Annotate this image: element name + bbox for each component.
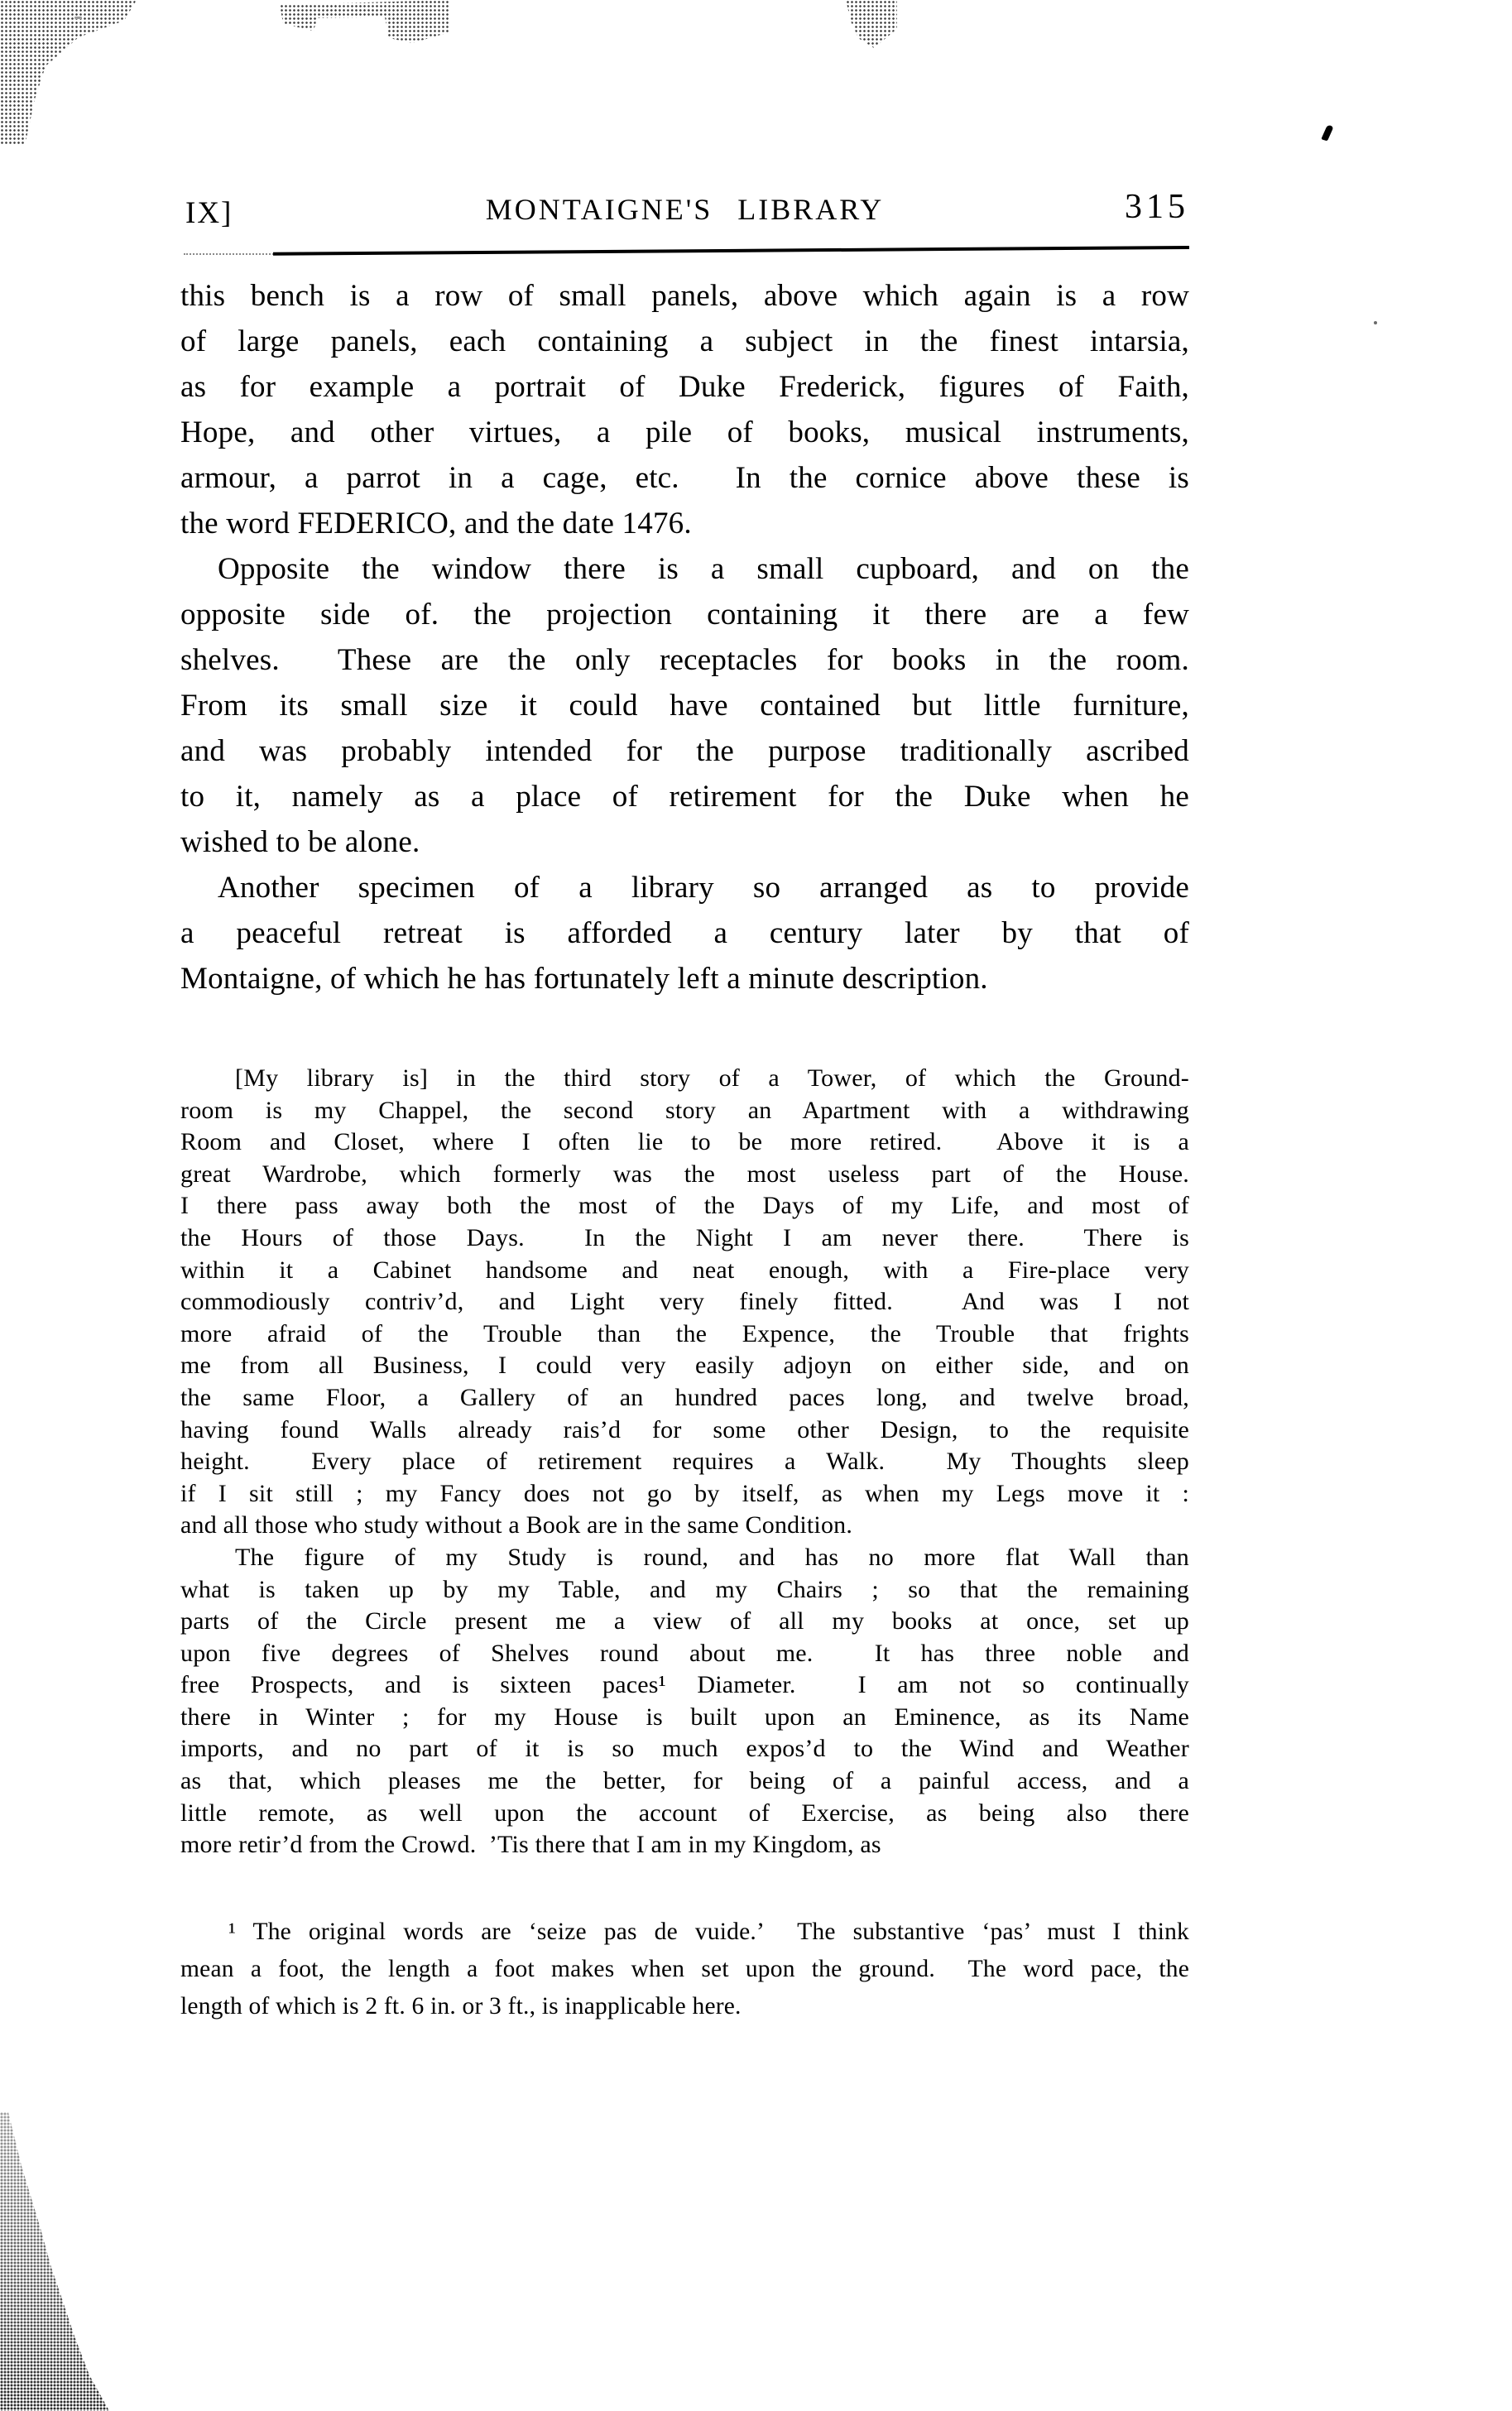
- text-line: what is taken up by my Table, and my Cha…: [180, 1574, 1189, 1607]
- text-line: The figure of my Study is round, and has…: [180, 1542, 1189, 1574]
- text-line: within it a Cabinet handsome and neat en…: [180, 1255, 1189, 1287]
- paragraph: Another specimen of a library so arrange…: [180, 865, 1189, 1001]
- text-line: if I sit still ; my Fancy does not go by…: [180, 1478, 1189, 1510]
- text-line: great Wardrobe, which formerly was the m…: [180, 1159, 1189, 1191]
- text-line: there in Winter ; for my House is built …: [180, 1702, 1189, 1734]
- text-line: more retir’d from the Crowd. ’Tis there …: [180, 1829, 1189, 1861]
- text-line: the word FEDERICO, and the date 1476.: [180, 501, 1189, 546]
- text-line: as that, which pleases me the better, fo…: [180, 1765, 1189, 1798]
- text-line: room is my Chappel, the second story an …: [180, 1095, 1189, 1127]
- text-line: ¹ The original words are ‘seize pas de v…: [180, 1914, 1189, 1951]
- scanned-page: { "page": { "header": { "chapter_marker"…: [0, 0, 1512, 2411]
- text-line: armour, a parrot in a cage, etc. In the …: [180, 455, 1189, 501]
- text-line: mean a foot, the length a foot makes whe…: [180, 1951, 1189, 1988]
- text-line: height. Every place of retirement requir…: [180, 1446, 1189, 1478]
- scan-artifact-top-right: [846, 0, 897, 48]
- text-line: Room and Closet, where I often lie to be…: [180, 1126, 1189, 1159]
- footnote: ¹ The original words are ‘seize pas de v…: [180, 1914, 1189, 2025]
- scan-artifact-top-middle: [280, 0, 449, 43]
- text-line: Another specimen of a library so arrange…: [180, 865, 1189, 910]
- text-line: the Hours of those Days. In the Night I …: [180, 1222, 1189, 1255]
- text-line: upon five degrees of Shelves round about…: [180, 1638, 1189, 1670]
- text-line: having found Walls already rais’d for so…: [180, 1414, 1189, 1447]
- paragraph: this bench is a row of small panels, abo…: [180, 273, 1189, 546]
- text-line: and was probably intended for the purpos…: [180, 728, 1189, 774]
- text-line: to it, namely as a place of retirement f…: [180, 774, 1189, 819]
- scan-speck-dash: [74, 17, 82, 19]
- text-line: [My library is] in the third story of a …: [180, 1063, 1189, 1095]
- page-header: IX] MONTAIGNE'S LIBRARY 315: [180, 187, 1189, 233]
- body-text: this bench is a row of small panels, abo…: [180, 273, 1189, 1001]
- text-line: Hope, and other virtues, a pile of books…: [180, 410, 1189, 455]
- paragraph: Opposite the window there is a small cup…: [180, 546, 1189, 865]
- text-line: wished to be alone.: [180, 819, 1189, 865]
- text-line: parts of the Circle present me a view of…: [180, 1606, 1189, 1638]
- header-rule-lead: [184, 253, 276, 255]
- paragraph: ¹ The original words are ‘seize pas de v…: [180, 1914, 1189, 2025]
- header-rule: [273, 246, 1189, 256]
- scan-artifact-top-left: [0, 0, 141, 146]
- text-line: length of which is 2 ft. 6 in. or 3 ft.,…: [180, 1988, 1189, 2025]
- text-line: more afraid of the Trouble than the Expe…: [180, 1318, 1189, 1351]
- text-line: commodiously contriv’d, and Light very f…: [180, 1286, 1189, 1318]
- paragraph: The figure of my Study is round, and has…: [180, 1542, 1189, 1861]
- text-line: From its small size it could have contai…: [180, 683, 1189, 728]
- text-line: Opposite the window there is a small cup…: [180, 546, 1189, 592]
- scan-artifact-binding-shadow: [0, 2112, 109, 2411]
- text-line: this bench is a row of small panels, abo…: [180, 273, 1189, 319]
- paragraph: [My library is] in the third story of a …: [180, 1063, 1189, 1542]
- text-line: me from all Business, I could very easil…: [180, 1350, 1189, 1382]
- text-line: little remote, as well upon the account …: [180, 1798, 1189, 1830]
- text-line: of large panels, each containing a subje…: [180, 319, 1189, 364]
- scan-speck-mark: [1321, 125, 1333, 142]
- text-line: shelves. These are the only receptacles …: [180, 637, 1189, 683]
- text-line: opposite side of. the projection contain…: [180, 592, 1189, 637]
- text-line: a peaceful retreat is afforded a century…: [180, 910, 1189, 956]
- running-title: MONTAIGNE'S LIBRARY: [180, 192, 1189, 227]
- text-line: imports, and no part of it is so much ex…: [180, 1733, 1189, 1765]
- scan-speck-dot: [1374, 321, 1377, 324]
- text-line: Montaigne, of which he has fortunately l…: [180, 956, 1189, 1001]
- page-number: 315: [1125, 187, 1189, 227]
- text-line: the same Floor, a Gallery of an hundred …: [180, 1382, 1189, 1414]
- text-line: and all those who study without a Book a…: [180, 1510, 1189, 1542]
- text-line: as for example a portrait of Duke Freder…: [180, 364, 1189, 410]
- text-line: I there pass away both the most of the D…: [180, 1190, 1189, 1222]
- quote-block: [My library is] in the third story of a …: [180, 1063, 1189, 1861]
- text-line: free Prospects, and is sixteen paces¹ Di…: [180, 1669, 1189, 1702]
